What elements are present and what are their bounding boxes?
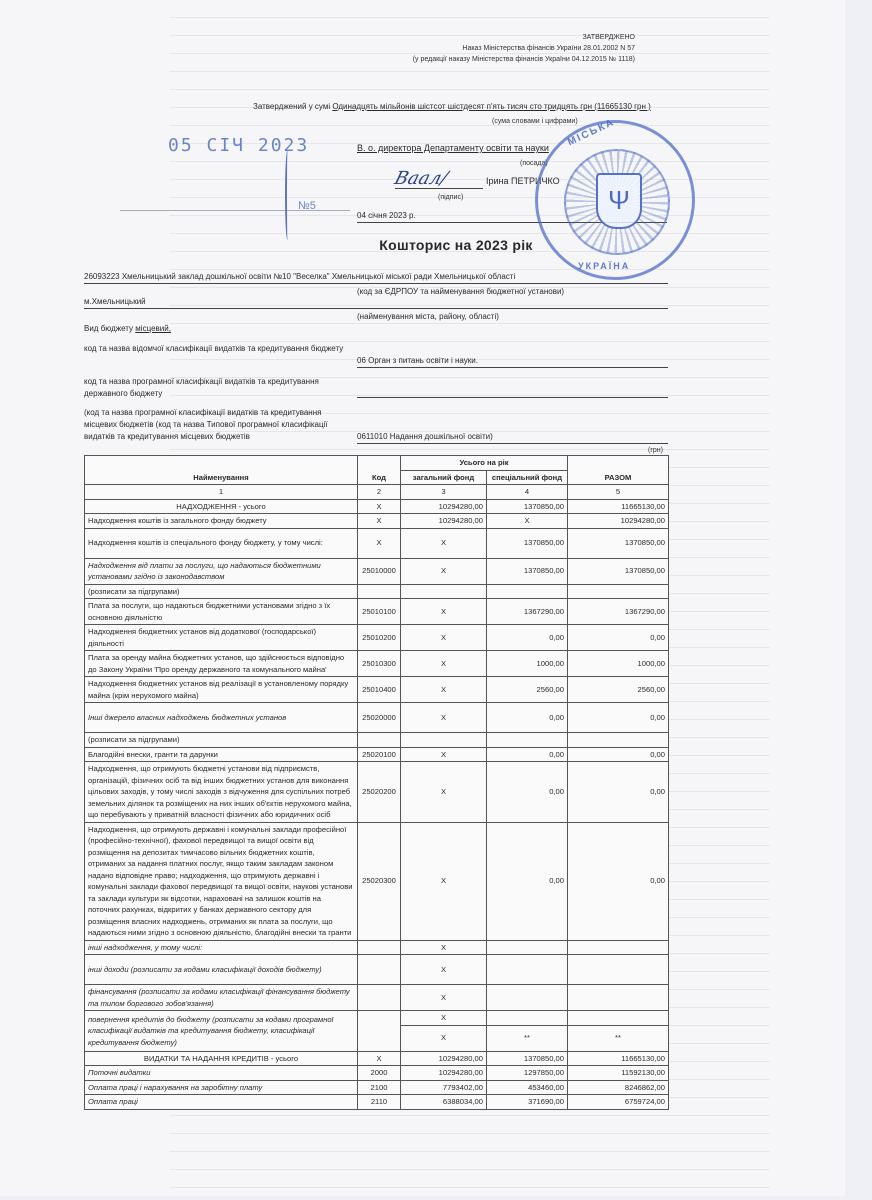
row-special-fund: 0,00 — [487, 747, 568, 762]
row-total: 0,00 — [568, 625, 669, 651]
row-general-fund: 10294280,00 — [401, 514, 487, 529]
budget-type: Вид бюджету місцевий, — [84, 324, 171, 333]
row-general-fund: 6388034,00 — [401, 1095, 487, 1110]
row-total: 8246862,00 — [568, 1080, 669, 1095]
city-caption: (найменування міста, району, області) — [357, 312, 499, 321]
signature-caption: (підпис) — [438, 194, 463, 201]
row-total: 6759724,00 — [568, 1095, 669, 1110]
row-general-fund: X — [401, 625, 487, 651]
row-general-fund: X — [401, 703, 487, 733]
row-total: 0,00 — [568, 703, 669, 733]
approved-sum: Одинадцять мільйонів шістсот шістдесят п… — [332, 102, 650, 111]
row-special-fund: 1000,00 — [487, 651, 568, 677]
row-name: Благодійні внески, гранти та дарунки — [85, 747, 358, 762]
row-general-fund: 10294280,00 — [401, 1051, 487, 1066]
row-code: 2000 — [358, 1066, 401, 1081]
institution-underline — [84, 283, 668, 284]
row-special-fund: 371690,00 — [487, 1095, 568, 1110]
col-number: 4 — [487, 485, 568, 500]
row-name: Плата за послуги, що надаються бюджетним… — [85, 599, 358, 625]
dept-class-value: 06 Орган з питань освіти і науки. — [357, 356, 478, 365]
row-name: Оплата праці і нарахування на заробітну … — [85, 1080, 358, 1095]
row-special-fund: 1297850,00 — [487, 1066, 568, 1081]
row-code: 25020200 — [358, 762, 401, 823]
row-special-fund — [487, 940, 568, 955]
table-row: Плата за оренду майна бюджетних установ,… — [85, 651, 669, 677]
row-name: НАДХОДЖЕННЯ - усього — [85, 499, 358, 514]
dept-class-underline — [357, 367, 668, 368]
row-special-fund: 2560,00 — [487, 677, 568, 703]
row-general-fund: X — [401, 651, 487, 677]
row-general-fund: X — [401, 822, 487, 940]
header-general-fund: загальний фонд — [401, 470, 487, 485]
row-code — [358, 733, 401, 748]
row-code — [358, 1011, 401, 1052]
row-general-fund: 10294280,00 — [401, 1066, 487, 1081]
row-total: 1370850,00 — [568, 558, 669, 584]
table-row: інші надходження, у тому числі:X — [85, 940, 669, 955]
local-prog-label: (код та назва програмної класифікації ви… — [84, 407, 349, 443]
row-name: Надходження від плати за послуги, що над… — [85, 558, 358, 584]
table-row: повернення кредитів до бюджету (розписат… — [85, 1011, 669, 1026]
row-total: 11665130,00 — [568, 499, 669, 514]
row-code: 25010000 — [358, 558, 401, 584]
row-total: ** — [568, 1025, 669, 1051]
local-prog-underline — [357, 443, 668, 444]
row-total — [568, 955, 669, 985]
row-name: фінансування (розписати за кодами класиф… — [85, 985, 358, 1011]
row-name: Поточні видатки — [85, 1066, 358, 1081]
row-code — [358, 940, 401, 955]
row-special-fund: 1370850,00 — [487, 1051, 568, 1066]
row-special-fund: 0,00 — [487, 762, 568, 823]
row-total — [568, 940, 669, 955]
row-code: 25010200 — [358, 625, 401, 651]
position: В. о. директора Департаменту освіти та н… — [357, 143, 549, 153]
edition-line: (у редакції наказу Міністерства фінансів… — [413, 54, 635, 65]
table-row: Надходження бюджетних установ від додатк… — [85, 625, 669, 651]
row-special-fund: X — [487, 514, 568, 529]
approval-date: 04 січня 2023 р. — [357, 211, 416, 220]
row-total: 0,00 — [568, 822, 669, 940]
row-code: 25010300 — [358, 651, 401, 677]
row-general-fund — [401, 733, 487, 748]
row-name: Надходження, що отримують державні і ком… — [85, 822, 358, 940]
row-name: Надходження, що отримують бюджетні устан… — [85, 762, 358, 823]
approved-sum-line: Затверджений у сумі Одинадцять мільйонів… — [253, 102, 651, 111]
table-row: (розписати за підгрупами) — [85, 584, 669, 599]
row-name: Плата за оренду майна бюджетних установ,… — [85, 651, 358, 677]
header-special-fund: спеціальний фонд — [487, 470, 568, 485]
table-row: Надходження, що отримують бюджетні устан… — [85, 762, 669, 823]
row-code: X — [358, 499, 401, 514]
position-text: В. о. директора Департаменту освіти та н… — [357, 143, 549, 153]
row-special-fund: 0,00 — [487, 625, 568, 651]
table-row: ВИДАТКИ ТА НАДАННЯ КРЕДИТІВ - усьогоX102… — [85, 1051, 669, 1066]
header-code: Код — [358, 456, 401, 485]
col-number: 1 — [85, 485, 358, 500]
row-code: 2100 — [358, 1080, 401, 1095]
row-special-fund — [487, 1011, 568, 1026]
row-special-fund: ** — [487, 1025, 568, 1051]
header-total: РАЗОМ — [568, 456, 669, 485]
table-row: Благодійні внески, гранти та дарунки2502… — [85, 747, 669, 762]
trident-icon: Ψ — [596, 173, 642, 229]
table-row: Надходження коштів із спеціального фонду… — [85, 528, 669, 558]
ink-mark — [285, 150, 290, 240]
row-general-fund: X — [401, 599, 487, 625]
approved-prefix: Затверджений у сумі — [253, 102, 330, 111]
row-special-fund — [487, 985, 568, 1011]
seal-country: УКРАЇНА — [578, 261, 630, 271]
document-page: ЗАТВЕРДЖЕНО Наказ Міністерства фінансів … — [0, 0, 845, 1196]
currency-note: (грн) — [648, 447, 663, 454]
row-name: ВИДАТКИ ТА НАДАННЯ КРЕДИТІВ - усього — [85, 1051, 358, 1066]
row-special-fund — [487, 733, 568, 748]
row-code: 25010400 — [358, 677, 401, 703]
table-row: фінансування (розписати за кодами класиф… — [85, 985, 669, 1011]
sum-caption: (сума словами і цифрами) — [492, 118, 578, 125]
row-total: 1370850,00 — [568, 528, 669, 558]
row-total: 0,00 — [568, 762, 669, 823]
row-code: 25010100 — [358, 599, 401, 625]
signature: Ваал/ — [392, 168, 450, 189]
header-year-total: Усього на рік — [401, 456, 568, 471]
order-line: Наказ Міністерства фінансів України 28.0… — [413, 43, 635, 54]
row-total — [568, 1011, 669, 1026]
table-row: Оплата праці21106388034,00371690,0067597… — [85, 1095, 669, 1110]
row-code: 25020100 — [358, 747, 401, 762]
row-name: інші доходи (розписати за кодами класифі… — [85, 955, 358, 985]
row-special-fund: 0,00 — [487, 822, 568, 940]
table-row: Надходження коштів із загального фонду б… — [85, 514, 669, 529]
row-general-fund: X — [401, 940, 487, 955]
table-row: Поточні видатки200010294280,001297850,00… — [85, 1066, 669, 1081]
city-underline — [84, 308, 668, 309]
row-code: 2110 — [358, 1095, 401, 1110]
row-code: X — [358, 514, 401, 529]
row-special-fund: 1370850,00 — [487, 499, 568, 514]
row-code: 25020300 — [358, 822, 401, 940]
row-special-fund — [487, 584, 568, 599]
row-name: Надходження коштів із загального фонду б… — [85, 514, 358, 529]
col-number: 3 — [401, 485, 487, 500]
estimate-table: Найменування Код Усього на рік РАЗОМ заг… — [84, 455, 669, 1110]
row-name: повернення кредитів до бюджету (розписат… — [85, 1011, 358, 1052]
row-general-fund: X — [401, 747, 487, 762]
header-name: Найменування — [85, 456, 358, 485]
table-row: Надходження від плати за послуги, що над… — [85, 558, 669, 584]
row-total: 11592130,00 — [568, 1066, 669, 1081]
row-total: 2560,00 — [568, 677, 669, 703]
row-code — [358, 955, 401, 985]
row-special-fund: 0,00 — [487, 703, 568, 733]
row-total — [568, 584, 669, 599]
row-total — [568, 985, 669, 1011]
row-general-fund: X — [401, 985, 487, 1011]
table-row: Інші джерело власних надходжень бюджетни… — [85, 703, 669, 733]
row-code — [358, 985, 401, 1011]
row-code: 25020000 — [358, 703, 401, 733]
row-name: Надходження бюджетних установ від реаліз… — [85, 677, 358, 703]
row-name: Надходження бюджетних установ від додатк… — [85, 625, 358, 651]
table-row: (розписати за підгрупами) — [85, 733, 669, 748]
official-seal: Ψ МІСЬКА УКРАЇНА — [535, 120, 695, 280]
state-prog-label: код та назва програмної класифікації вид… — [84, 376, 344, 400]
page-title: Кошторис на 2023 рік — [0, 237, 872, 253]
row-special-fund: 1367290,00 — [487, 599, 568, 625]
row-total: 1367290,00 — [568, 599, 669, 625]
approval-header: ЗАТВЕРДЖЕНО Наказ Міністерства фінансів … — [413, 32, 635, 65]
local-prog-value: 0611010 Надання дошкільної освіти) — [357, 432, 493, 441]
state-prog-underline — [357, 397, 668, 398]
row-general-fund: X — [401, 1025, 487, 1051]
row-name: Оплата праці — [85, 1095, 358, 1110]
row-general-fund: X — [401, 528, 487, 558]
table-row: Надходження, що отримують державні і ком… — [85, 822, 669, 940]
row-code — [358, 584, 401, 599]
row-name: (розписати за підгрупами) — [85, 733, 358, 748]
row-general-fund: 7793402,00 — [401, 1080, 487, 1095]
table-row: інші доходи (розписати за кодами класифі… — [85, 955, 669, 985]
budget-type-value: місцевий, — [135, 324, 171, 333]
row-special-fund: 1370850,00 — [487, 558, 568, 584]
row-name: Надходження коштів із спеціального фонду… — [85, 528, 358, 558]
column-numbers-row: 1 2 3 4 5 — [85, 485, 669, 500]
signature-line — [395, 188, 483, 189]
stamp-line — [120, 210, 350, 211]
approved-label: ЗАТВЕРДЖЕНО — [413, 32, 635, 43]
table-row: Надходження бюджетних установ від реаліз… — [85, 677, 669, 703]
row-total: 0,00 — [568, 747, 669, 762]
row-total: 10294280,00 — [568, 514, 669, 529]
row-general-fund: X — [401, 762, 487, 823]
row-general-fund: X — [401, 558, 487, 584]
row-special-fund: 453460,00 — [487, 1080, 568, 1095]
row-total — [568, 733, 669, 748]
row-code: X — [358, 1051, 401, 1066]
row-total: 11665130,00 — [568, 1051, 669, 1066]
table-row: НАДХОДЖЕННЯ - усьогоX10294280,001370850,… — [85, 499, 669, 514]
row-name: інші надходження, у тому числі: — [85, 940, 358, 955]
institution-caption: (код за ЄДРПОУ та найменування бюджетної… — [357, 287, 564, 296]
row-total: 1000,00 — [568, 651, 669, 677]
city: м.Хмельницький — [84, 297, 146, 306]
row-general-fund: X — [401, 1011, 487, 1026]
row-name: Інші джерело власних надходжень бюджетни… — [85, 703, 358, 733]
row-general-fund: 10294280,00 — [401, 499, 487, 514]
table-row: Оплата праці і нарахування на заробітну … — [85, 1080, 669, 1095]
row-special-fund: 1370850,00 — [487, 528, 568, 558]
row-name: (розписати за підгрупами) — [85, 584, 358, 599]
table-row: Плата за послуги, що надаються бюджетним… — [85, 599, 669, 625]
col-number: 2 — [358, 485, 401, 500]
budget-type-label: Вид бюджету — [84, 324, 133, 333]
col-number: 5 — [568, 485, 669, 500]
row-special-fund — [487, 955, 568, 985]
row-general-fund: X — [401, 955, 487, 985]
row-general-fund: X — [401, 677, 487, 703]
institution-line: 26093223 Хмельницький заклад дошкільної … — [84, 272, 515, 281]
row-code: X — [358, 528, 401, 558]
dept-class-label: код та назва відомчої класифікації видат… — [84, 343, 344, 355]
row-general-fund — [401, 584, 487, 599]
